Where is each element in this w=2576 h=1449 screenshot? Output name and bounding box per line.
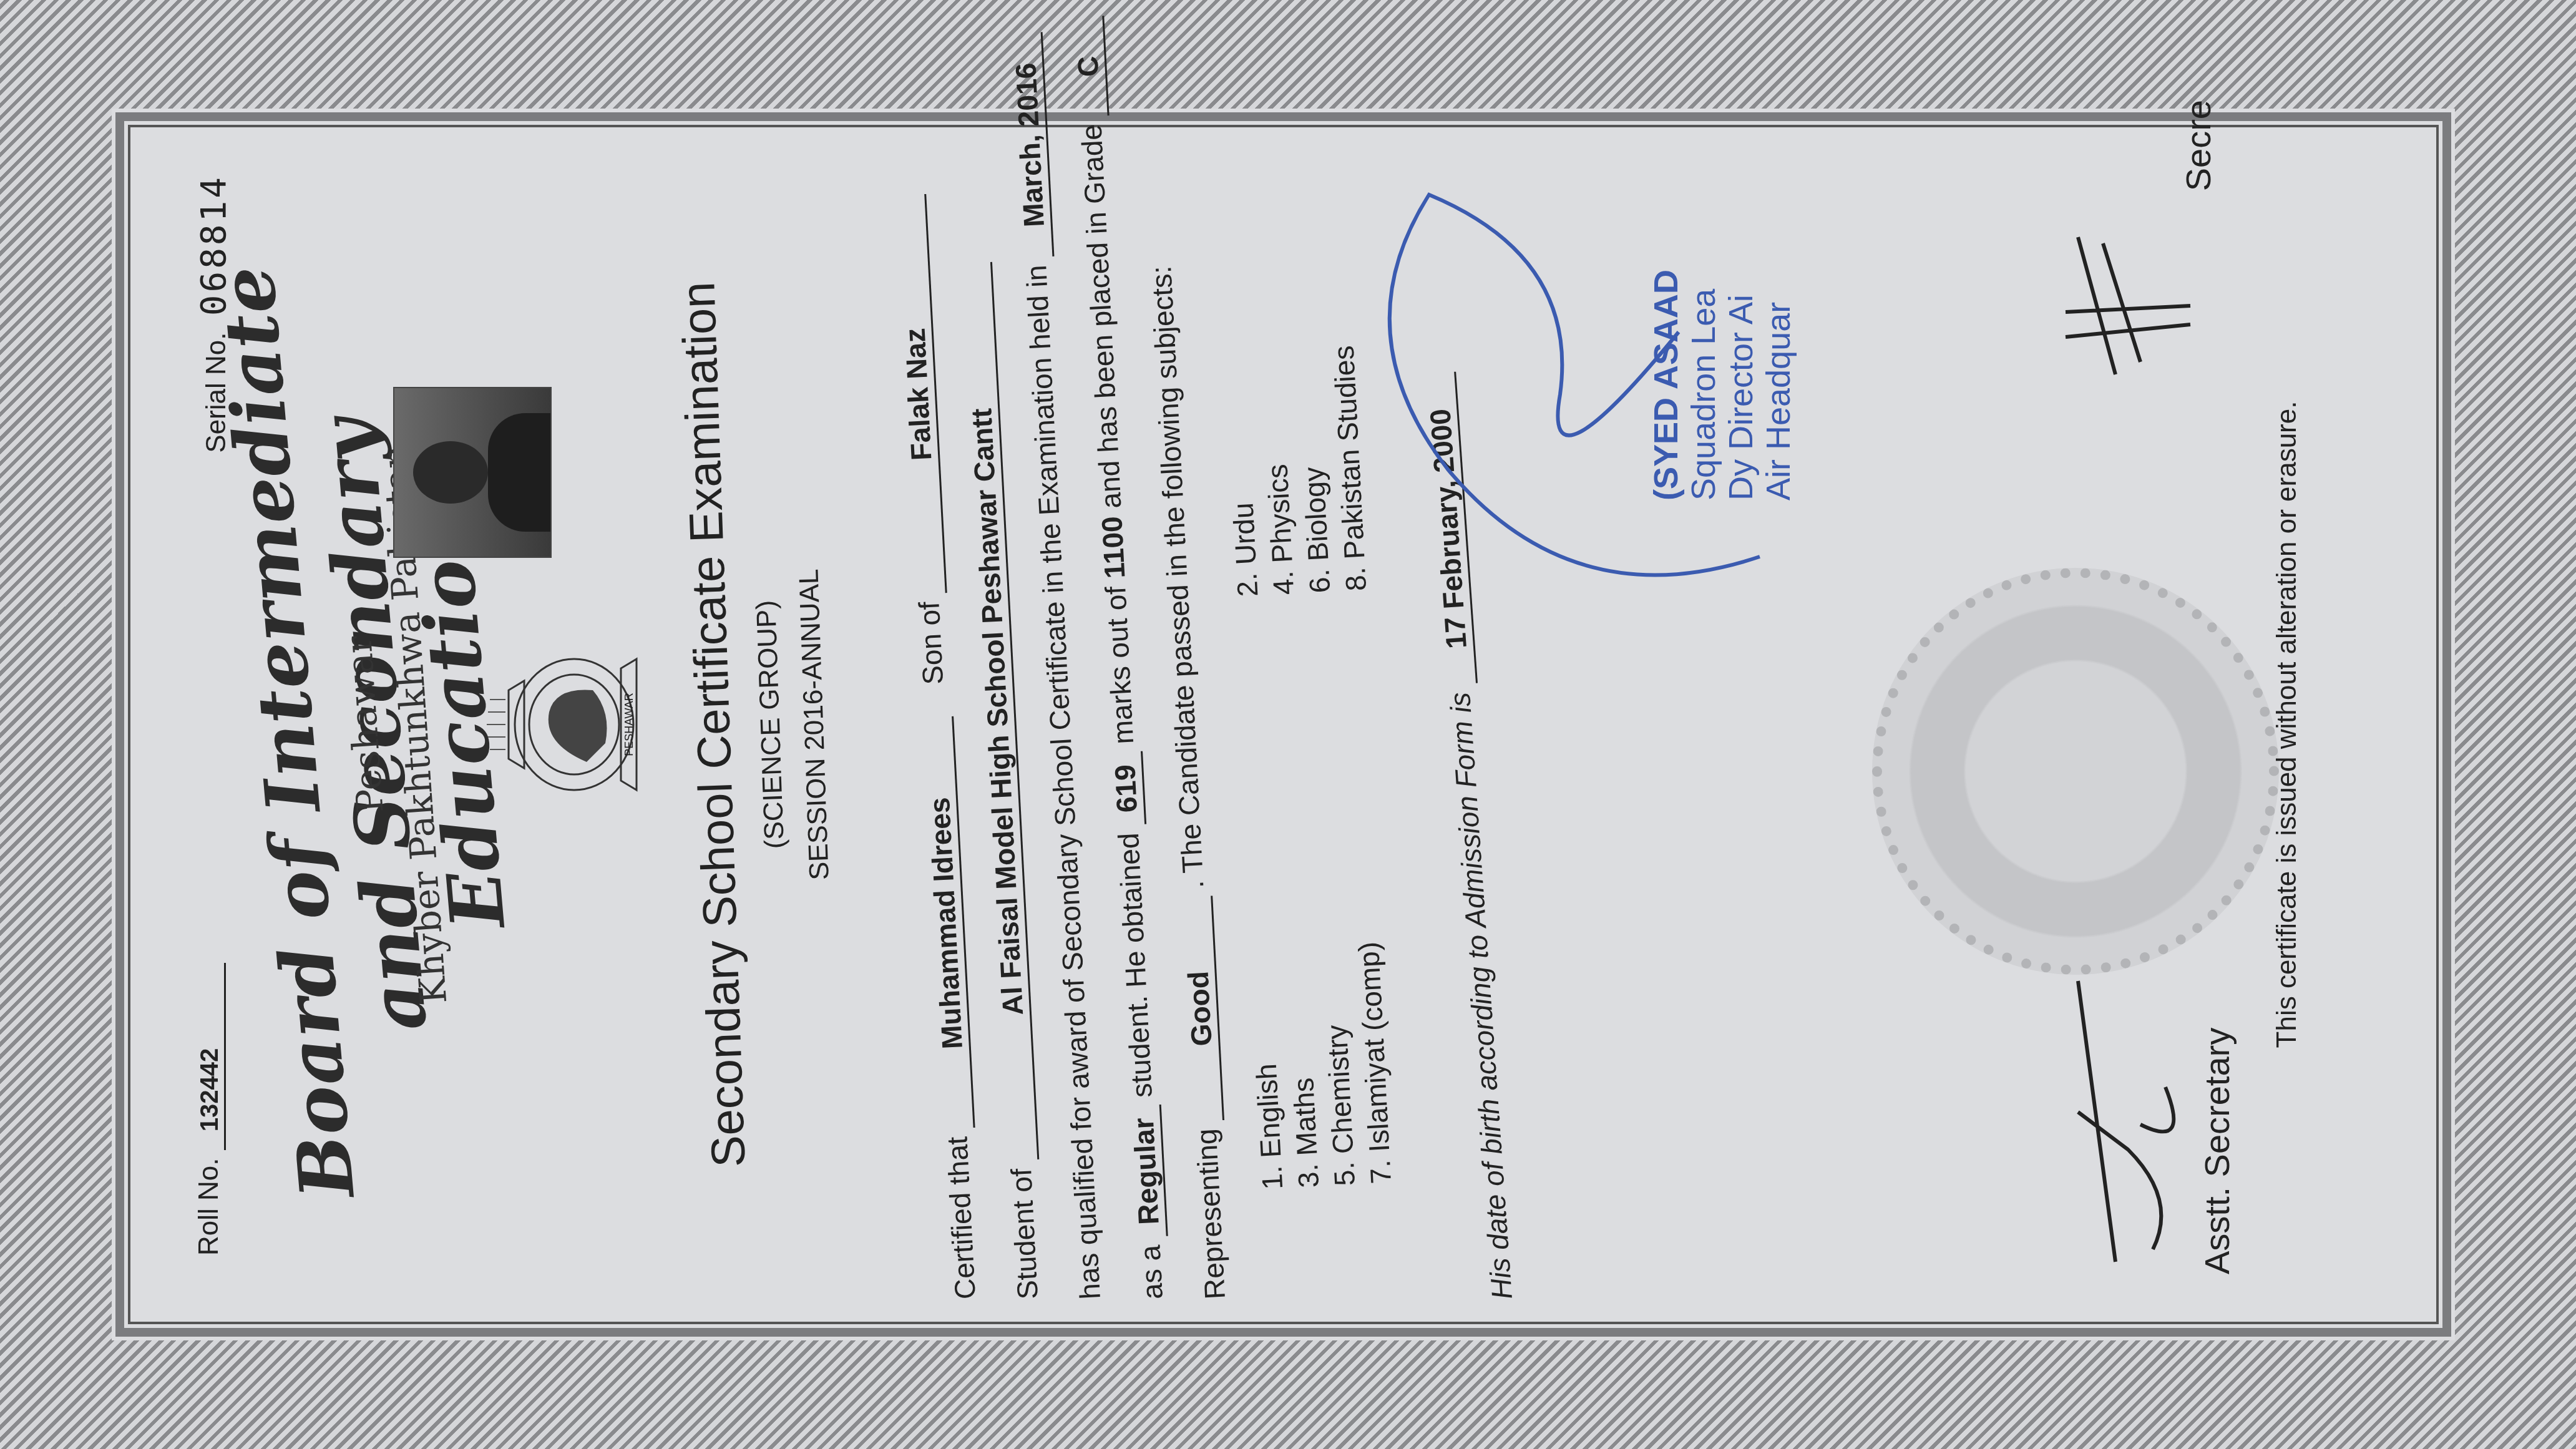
svg-text:PESHAWAR: PESHAWAR <box>623 693 635 756</box>
representing-value: Good <box>1177 895 1224 1121</box>
certificate-sheet: Roll No. 132442 Serial No. 068814 Board … <box>0 0 2576 1449</box>
asst-secretary-signature-icon <box>2041 962 2197 1274</box>
secretary-signature-icon <box>2041 212 2203 399</box>
grade: C <box>1068 16 1109 117</box>
father-name: Falak Naz <box>890 194 947 595</box>
student-name: Muhammad Idrees <box>918 716 975 1129</box>
certificate-content: Roll No. 132442 Serial No. 068814 Board … <box>137 137 2426 1312</box>
roll-value: 132442 <box>196 963 226 1150</box>
roll-label: Roll No. <box>193 1158 224 1256</box>
student-photo <box>393 387 552 558</box>
student-type: Regular <box>1126 1105 1168 1238</box>
marks-obtained: 619 <box>1107 751 1146 826</box>
subjects-right: 2. Urdu 4. Physics 6. Biology 8. Pakista… <box>1217 344 1374 597</box>
alteration-note: This certificate is issued without alter… <box>2271 137 2303 1312</box>
board-logo-icon: PESHAWAR <box>487 643 643 806</box>
attestation-stamp: (SYED ASAAD Squadron Lea Dy Director Ai … <box>1647 270 1797 500</box>
total-marks: 1100 <box>1095 515 1131 579</box>
subjects-left: 1. English 3. Maths 5. Chemistry 7. Isla… <box>1242 941 1399 1191</box>
asst-secretary-label: Asstt. Secretary <box>2197 1028 2237 1274</box>
embossed-seal-icon <box>1872 568 2279 975</box>
roll-number: Roll No. 132442 <box>193 963 226 1256</box>
secretary-label: Secre <box>2178 100 2218 191</box>
paper: Roll No. 132442 Serial No. 068814 Board … <box>0 0 2576 1449</box>
